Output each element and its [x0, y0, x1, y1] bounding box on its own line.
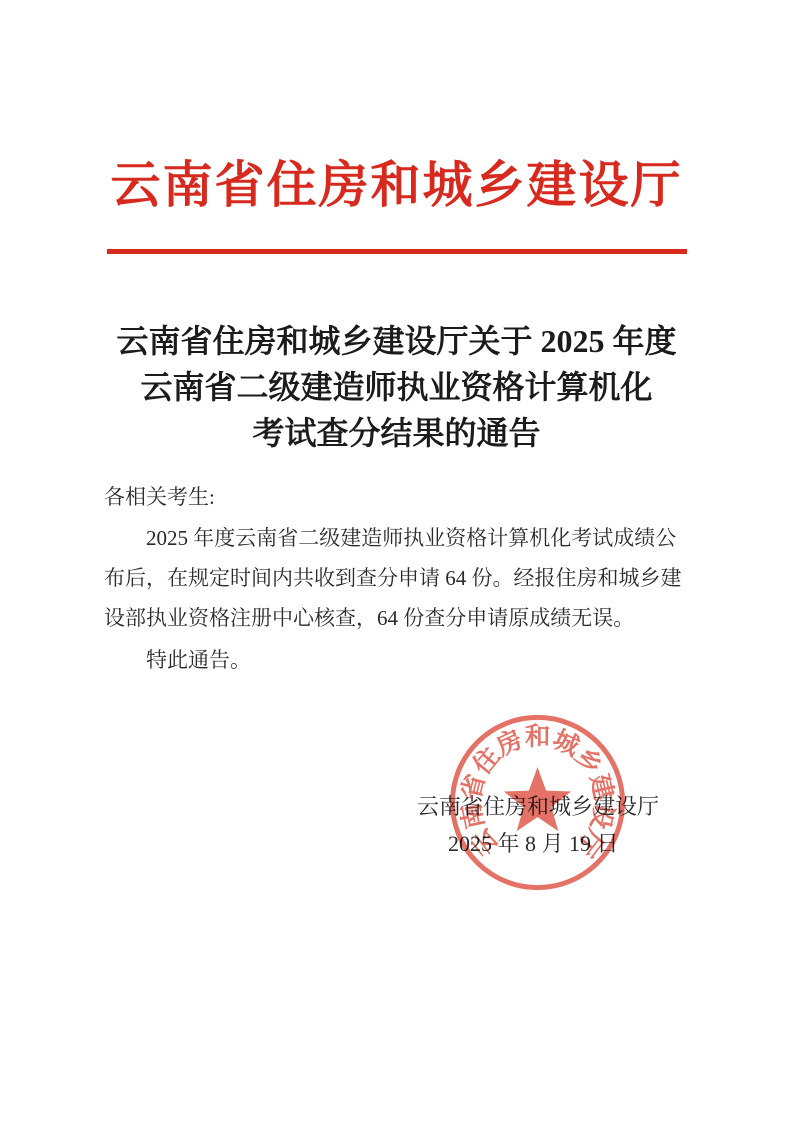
body-line-1: 2025 年度云南省二级建造师执业资格计算机化考试成绩公 — [104, 518, 696, 558]
body-line-2: 布后，在规定时间内共收到查分申请 64 份。经报住房和城乡建 — [104, 558, 696, 598]
notice-title-line-1: 云南省住房和城乡建设厅关于 2025 年度 — [0, 318, 793, 364]
notice-title-line-2: 云南省二级建造师执业资格计算机化 — [0, 364, 793, 410]
signature-date: 2025 年 8 月 19 日 — [448, 829, 619, 859]
salutation: 各相关考生: — [104, 482, 704, 512]
letterhead-divider — [107, 249, 687, 254]
signature-org: 云南省住房和城乡建设厅 — [417, 792, 659, 822]
closing-line: 特此通告。 — [146, 640, 251, 680]
body-line-3: 设部执业资格注册中心核查，64 份查分申请原成绩无误。 — [104, 598, 696, 638]
notice-title: 云南省住房和城乡建设厅关于 2025 年度 云南省二级建造师执业资格计算机化 考… — [0, 318, 793, 456]
letterhead-title: 云南省住房和城乡建设厅 — [0, 150, 793, 220]
body-paragraph: 2025 年度云南省二级建造师执业资格计算机化考试成绩公 布后，在规定时间内共收… — [104, 518, 696, 638]
notice-title-line-3: 考试查分结果的通告 — [0, 410, 793, 456]
document-page: 云南省住房和城乡建设厅 云南省住房和城乡建设厅关于 2025 年度 云南省二级建… — [0, 0, 793, 1122]
